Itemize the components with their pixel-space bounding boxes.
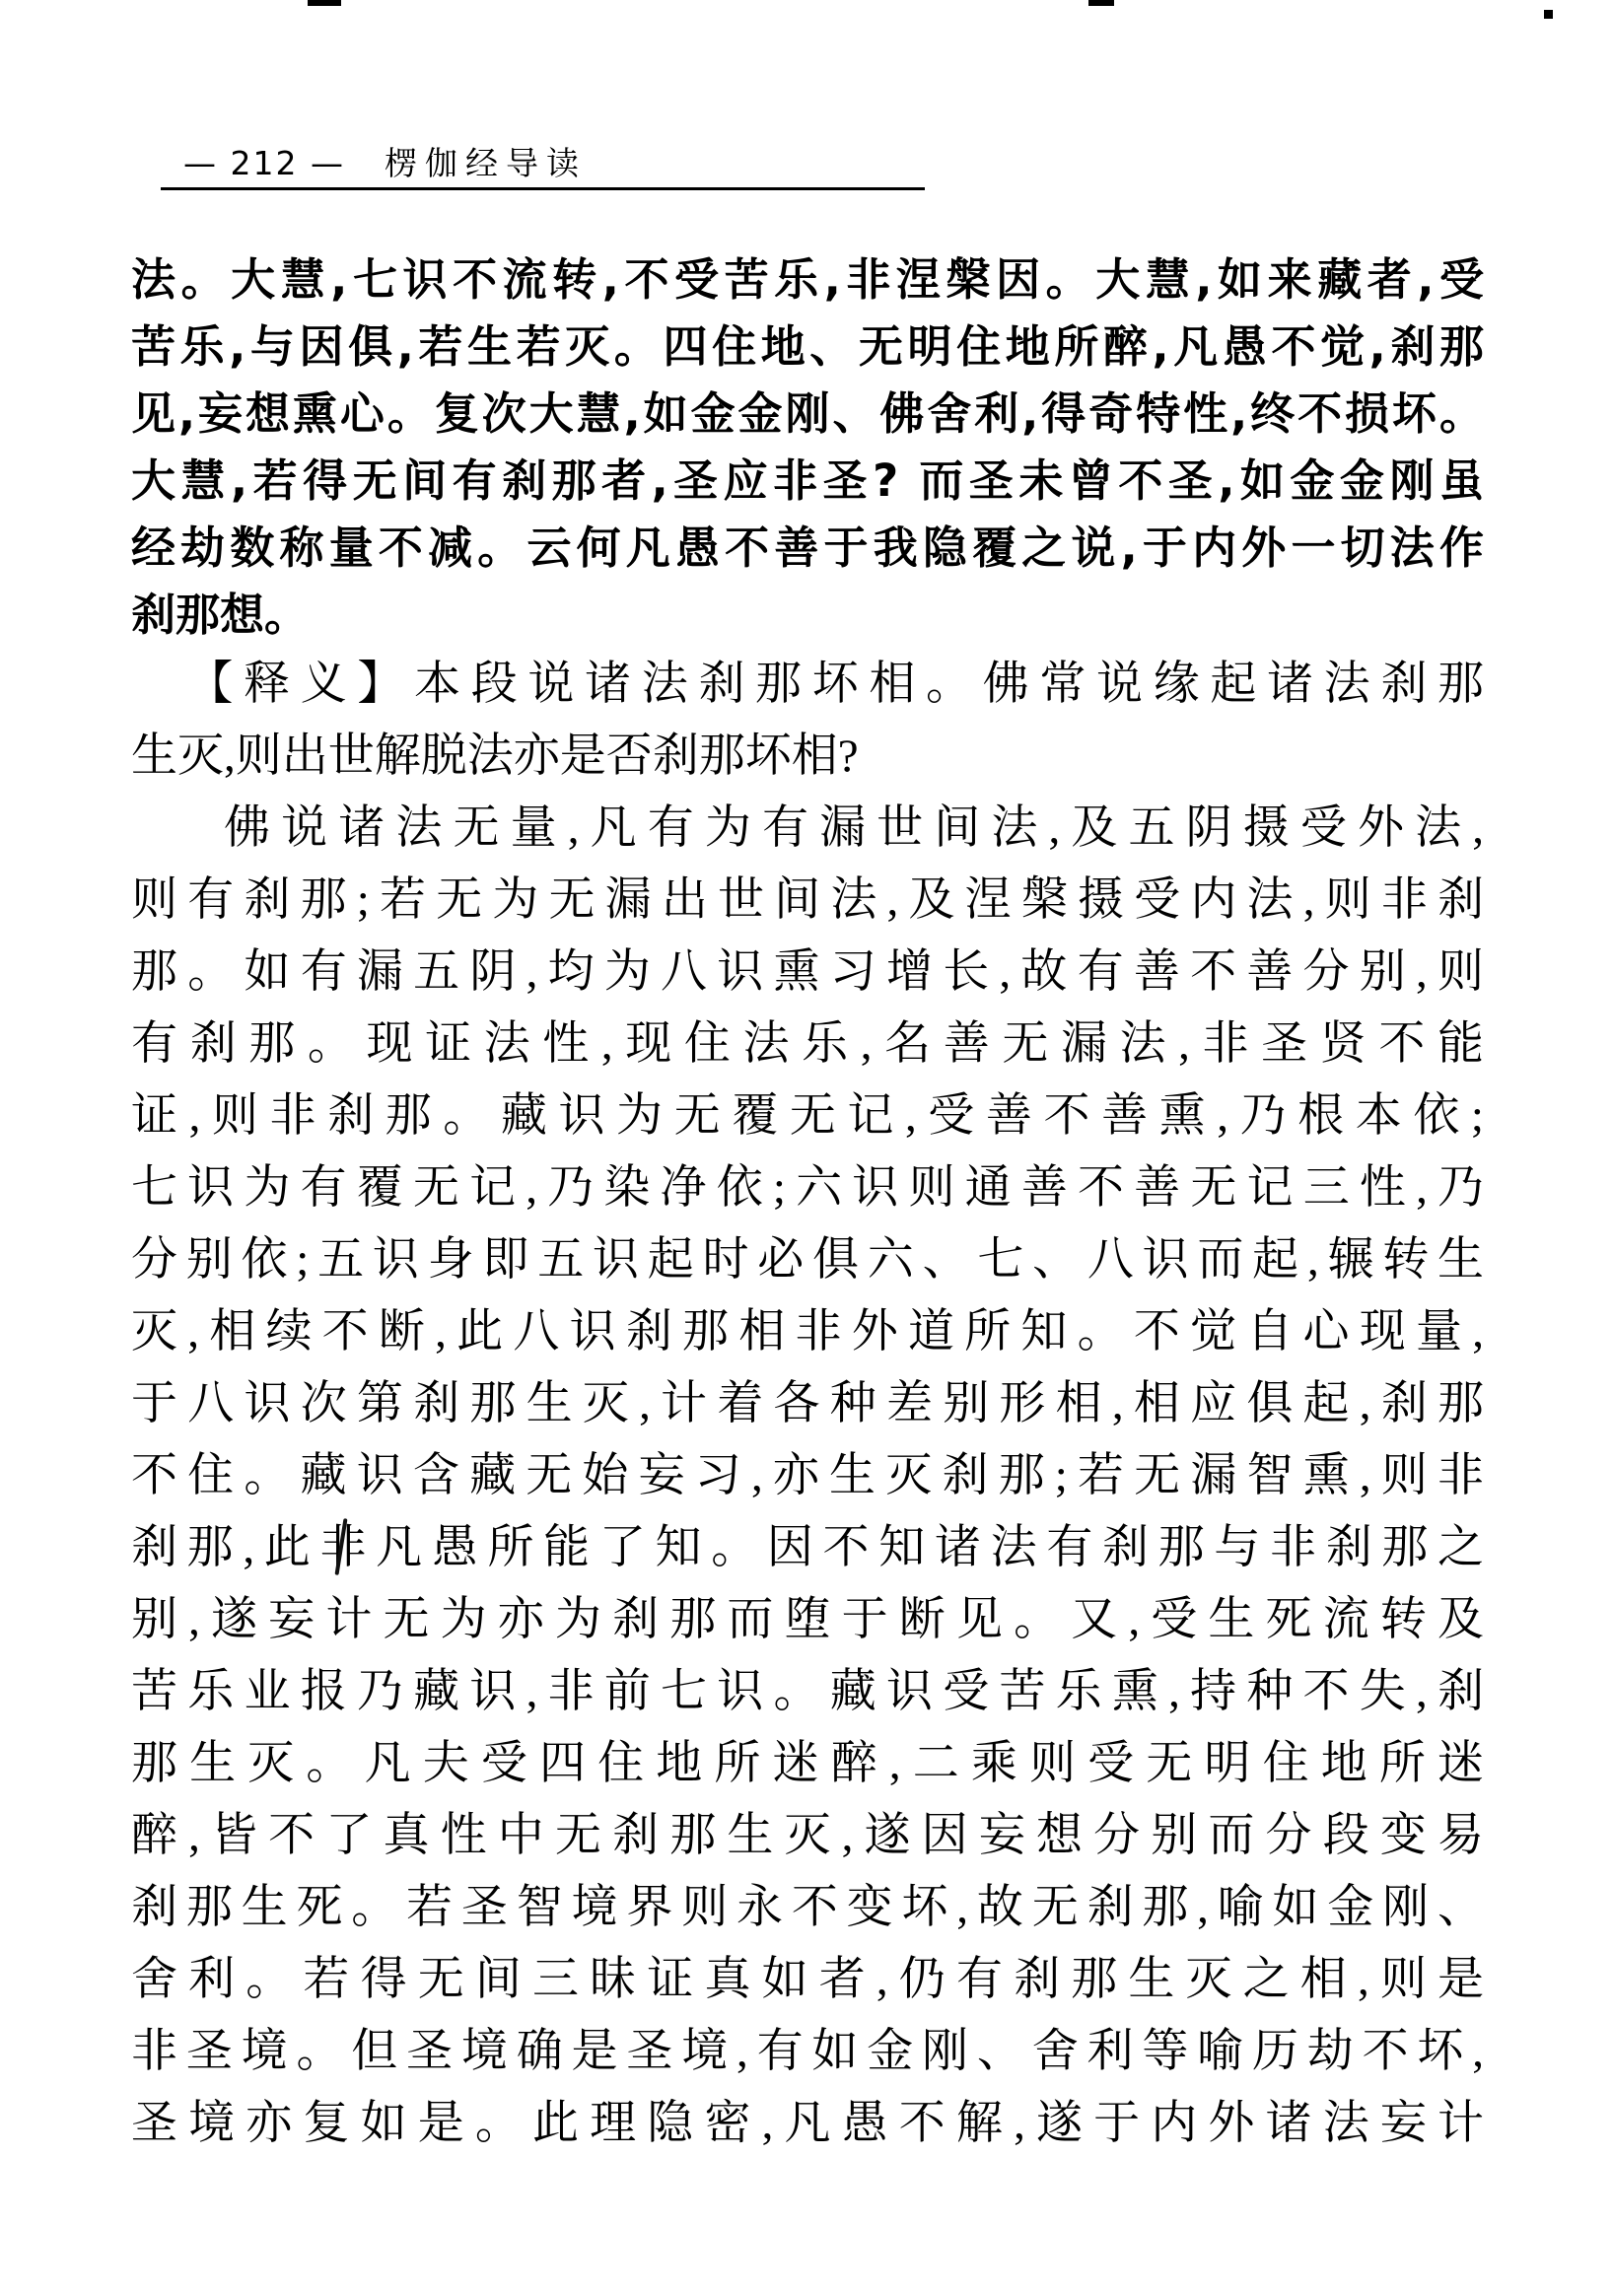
text-line: 法。大慧,七识不流转,不受苦乐,非涅槃因。大慧,如来藏者,受 [131,246,1484,313]
text-line: 则有刹那;若无为无漏出世间法,及涅槃摄受内法,则非刹 [131,865,1484,937]
text-line: 刹那想。 [131,582,1484,649]
text-line: 苦乐,与因俱,若生若灭。四住地、无明住地所醉,凡愚不觉,刹那 [131,313,1484,381]
text-line: 证,则非刹那。藏识为无覆无记,受善不善熏,乃根本依; [131,1080,1484,1152]
running-head-book-title: 楞伽经导读 [385,138,587,184]
text-line: 有刹那。现证法性,现住法乐,名善无漏法,非圣贤不能 [131,1009,1484,1080]
scan-speck [1544,10,1553,19]
text-line: 不住。藏识含藏无始妄习,亦生灭刹那;若无漏智熏,则非 [131,1440,1484,1512]
text-line: 非圣境。但圣境确是圣境,有如金刚、舍利等喻历劫不坏, [131,2016,1484,2088]
page-number: — 212 — [183,144,345,182]
text-line: 那生灭。凡夫受四住地所迷醉,二乘则受无明住地所迷 [131,1728,1484,1800]
text-line: 分别依;五识身即五识起时必俱六、七、八识而起,辗转生 [131,1224,1484,1296]
scan-speck [308,0,341,6]
text-line: 刹那生死。若圣智境界则永不变坏,故无刹那,喻如金刚、 [131,1872,1484,1944]
text-line: 那。如有漏五阴,均为八识熏习增长,故有善不善分别,则 [131,937,1484,1009]
text-line: 大慧,若得无间有刹那者,圣应非圣? 而圣未曾不圣,如金金刚虽 [131,448,1484,515]
text-line: 经劫数称量不减。云何凡愚不善于我隐覆之说,于内外一切法作 [131,515,1484,582]
text-block: 佛说诸法无量,凡有为有漏世间法,及五阴摄受外法,则有刹那;若无为无漏出世间法,及… [131,793,1484,2160]
text-line: 醉,皆不了真性中无刹那生灭,遂因妄想分别而分段变易 [131,1800,1484,1872]
book-page: — 212 — 楞伽经导读 法。大慧,七识不流转,不受苦乐,非涅槃因。大慧,如来… [0,0,1612,2296]
text-line: 别,遂妄计无为亦为刹那而堕于断见。又,受生死流转及 [131,1584,1484,1656]
header-rule [161,187,925,190]
scan-speck [1088,0,1114,6]
text-line: 舍利。若得无间三昧证真如者,仍有刹那生灭之相,则是 [131,1944,1484,2016]
text-block: 法。大慧,七识不流转,不受苦乐,非涅槃因。大慧,如来藏者,受苦乐,与因俱,若生若… [131,246,1484,649]
page-text-column: 法。大慧,七识不流转,不受苦乐,非涅槃因。大慧,如来藏者,受苦乐,与因俱,若生若… [131,246,1484,2160]
text-line: 七识为有覆无记,乃染净依;六识则通善不善无记三性,乃 [131,1152,1484,1224]
text-line: 于八识次第刹那生灭,计着各种差别形相,相应俱起,刹那 [131,1368,1484,1440]
text-line: 苦乐业报乃藏识,非前七识。藏识受苦乐熏,持种不失,刹 [131,1656,1484,1728]
text-line: 生灭,则出世解脱法亦是否刹那坏相? [131,721,1484,793]
text-line: 灭,相续不断,此八识刹那相非外道所知。不觉自心现量, [131,1296,1484,1368]
page-header: — 212 — 楞伽经导读 [183,138,587,184]
text-block: 【释义】本段说诸法刹那坏相。佛常说缘起诸法刹那生灭,则出世解脱法亦是否刹那坏相? [131,649,1484,793]
text-line: 【释义】本段说诸法刹那坏相。佛常说缘起诸法刹那 [131,649,1484,721]
text-line: 圣境亦复如是。此理隐密,凡愚不解,遂于内外诸法妄计 [131,2088,1484,2160]
text-line: 佛说诸法无量,凡有为有漏世间法,及五阴摄受外法, [131,793,1484,865]
text-line: 见,妄想熏心。复次大慧,如金金刚、佛舍利,得奇特性,终不损坏。 [131,381,1484,448]
